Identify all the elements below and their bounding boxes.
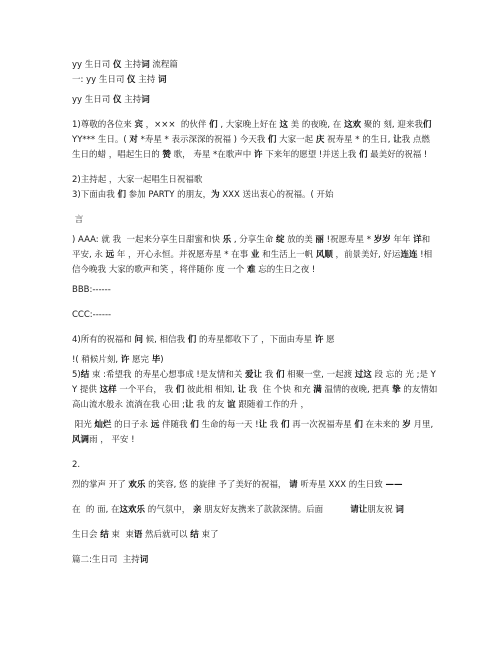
bold-text-run: 连连 — [400, 250, 417, 260]
text-run: , 大家晚上好在 — [218, 120, 280, 130]
text-run: 年 ，开心永恒。并祝愿寿星 * 在事 — [114, 250, 251, 260]
bold-text-run: 词 — [140, 555, 149, 565]
text-run: 束 束 — [109, 530, 134, 540]
bold-text-run: 们 — [281, 420, 290, 430]
bold-text-run: 许 — [254, 150, 263, 160]
text-run: 我 的友 — [194, 400, 228, 410]
text-run: 放的美 — [285, 235, 316, 245]
text-run: BBB:------ — [72, 285, 111, 295]
paragraph-10: CCC:------ — [72, 308, 438, 323]
document-page: yy 生日司 仪 主持词 流程篇一: yy 生日司 仪 主持 词yy 生日司 仪… — [72, 58, 438, 578]
bold-text-run: 过这 — [355, 370, 372, 380]
text-run: XXX 送出衷心的祝福。( 开始 — [220, 190, 334, 200]
text-run: 束 :希望我 的寿星心想事成 !是友情和关 — [89, 370, 245, 380]
paragraph-14: 阳光 灿烂 的日子永 远 伴随我 们 生命的每一天 !让 我 们 再一次祝福寿星… — [72, 418, 438, 448]
text-run: 愿 — [323, 335, 334, 345]
bold-text-run: 结 — [100, 530, 109, 540]
text-run: , 分享生命 — [231, 235, 276, 245]
text-run: 生日会 — [72, 530, 100, 540]
bold-text-run: 毕 — [152, 355, 161, 365]
bold-text-run: 让 — [393, 135, 402, 145]
bold-text-run: 这 — [279, 120, 288, 130]
text-run: 4)所有的祝福和 — [72, 335, 134, 345]
bold-text-run: 这欢 — [344, 120, 361, 130]
bold-text-run: 让 — [185, 400, 194, 410]
text-run: 大家一起 — [276, 135, 315, 145]
text-run: 2. — [72, 460, 80, 470]
bold-text-run: 们 — [209, 120, 218, 130]
paragraph-7: 言 — [72, 213, 438, 228]
text-run: !祝愿寿星 * — [324, 235, 374, 245]
text-run: yy 生日司 — [72, 60, 113, 70]
bold-text-run: 灿烂 — [94, 420, 111, 430]
bold-text-run: 结 — [81, 370, 90, 380]
bold-text-run: 赞 — [162, 150, 171, 160]
text-run: 在 的 面, 在 — [72, 505, 120, 515]
text-run: 在未来的 — [363, 420, 402, 430]
text-run: ) AAA: 就 我 一起来分享生日甜蜜和快 — [72, 235, 223, 245]
text-run: 烈的掌声 开了 — [72, 480, 128, 490]
text-run: 聚的 刻, 迎来我 — [361, 120, 423, 130]
text-run: ，××× 的伙伴 — [143, 120, 209, 130]
bold-text-run: 词 — [395, 505, 404, 515]
text-run: 相聚一堂, 一起渡 — [284, 370, 354, 380]
text-run: 5) — [72, 370, 81, 380]
text-run: 阳光 — [72, 420, 94, 430]
paragraph-5: 2)主持起 ，大家一起唱生日祝福歌 — [72, 173, 438, 188]
text-run: 祝寿星 * 的生日, — [324, 135, 393, 145]
text-run: !( 稍候片刻, — [72, 355, 121, 365]
paragraph-15: 2. — [72, 458, 438, 473]
bold-text-run: 欢乐 — [128, 480, 145, 490]
text-run: 彼此相 相知, — [184, 385, 237, 395]
text-run: 雨 ， 平安 ! — [89, 435, 135, 445]
text-run: 月里, — [411, 420, 436, 430]
paragraph-2: 一: yy 生日司 仪 主持 词 — [72, 73, 438, 88]
text-run: 生命的每一天 ! — [199, 420, 259, 430]
text-run: 1)尊敬的各位来 — [72, 120, 134, 130]
paragraph-17: 在 的 面, 在这欢乐 的气氛中， 亲 朋友好友携来了款款深情。后面 请让朋友祝… — [72, 503, 438, 518]
text-run: 束了 — [199, 530, 219, 540]
text-run: 候, 相信我 — [143, 335, 188, 345]
text-run: 我 — [267, 420, 281, 430]
text-run: CCC:------ — [72, 310, 111, 320]
bold-text-run: 挚 — [392, 385, 401, 395]
bold-text-run: 满 — [313, 385, 322, 395]
text-run: 朋友好友携来了款款深情。后面 — [201, 505, 350, 515]
bold-text-run: 们 — [190, 420, 199, 430]
bold-text-run: 词 — [158, 75, 167, 85]
bold-text-run: 宾 — [134, 120, 143, 130]
text-run: 的气氛中， — [145, 505, 193, 515]
text-run: 的寿星都收下了 ，下面由寿星 — [196, 335, 315, 345]
text-run: 伴随我 — [159, 420, 190, 430]
text-run: 年年 — [391, 235, 413, 245]
bold-text-run: 风顺 — [316, 250, 333, 260]
bold-text-run: 们 — [117, 190, 126, 200]
text-run: 听寿星 XXX 的生日致 — [298, 480, 386, 490]
text-run: ) — [160, 355, 163, 365]
bold-text-run: 这欢乐 — [120, 505, 146, 515]
text-run: 2)主持起 ，大家一起唱生日祝福歌 — [72, 175, 202, 185]
bold-text-run: 远 — [106, 250, 115, 260]
bold-text-run: 丽 — [315, 235, 324, 245]
bold-text-run: 风调 — [72, 435, 89, 445]
text-run: 言 — [72, 215, 83, 225]
text-run: 一个平台， 我 — [117, 385, 176, 395]
bold-text-run: —— — [385, 480, 402, 490]
bold-text-run: 仪 — [127, 75, 136, 85]
bold-text-run: 让 — [259, 420, 268, 430]
paragraph-16: 烈的掌声 开了 欢乐 的笑容, 悠 的旋律 予了美好的祝福， 请 听寿星 XXX… — [72, 478, 438, 493]
bold-text-run: 们 — [359, 150, 368, 160]
bold-text-run: 们 — [188, 335, 197, 345]
bold-text-run: 为 — [211, 190, 220, 200]
text-run: 的日子永 — [111, 420, 150, 430]
bold-text-run: 对 — [129, 135, 138, 145]
paragraph-8: ) AAA: 就 我 一起来分享生日甜蜜和快 乐 , 分享生命 绽 放的美 丽 … — [72, 233, 438, 278]
paragraph-13: 5)结 束 :希望我 的寿星心想事成 !是友情和关 爱让 我 们 相聚一堂, 一… — [72, 368, 438, 413]
bold-text-run: 岁 — [402, 420, 411, 430]
bold-text-run: 这样 — [100, 385, 117, 395]
bold-text-run: 请让 — [350, 505, 367, 515]
bold-text-run: 爱让 — [245, 370, 262, 380]
text-run: 然后就可以 — [142, 530, 190, 540]
text-run: 的笑容, 悠 的旋律 予了美好的祝福， — [145, 480, 289, 490]
text-run: 篇二:生日司 主持 — [72, 555, 140, 565]
paragraph-19: 篇二:生日司 主持词 — [72, 553, 438, 568]
text-run: 参加 PARTY 的朋友， — [126, 190, 211, 200]
paragraph-4: 1)尊敬的各位来 宾 ，××× 的伙伴 们 , 大家晚上好在 这 美 的夜晚, … — [72, 118, 438, 163]
text-run: 美 的夜晚, 在 — [288, 120, 344, 130]
bold-text-run: 谊 — [227, 400, 236, 410]
paragraph-11: 4)所有的祝福和 问 候, 相信我 们 的寿星都收下了 ，下面由寿星 许 愿 — [72, 333, 438, 348]
paragraph-9: BBB:------ — [72, 283, 438, 298]
bold-text-run: 词 — [141, 95, 150, 105]
text-run: yy 生日司 — [72, 95, 113, 105]
text-run: 我 — [262, 370, 276, 380]
bold-text-run: 们 — [176, 385, 185, 395]
bold-text-run: 岁岁 — [374, 235, 391, 245]
text-run: 最美好的祝福 ! — [368, 150, 428, 160]
text-run: 主持 — [121, 60, 141, 70]
text-run: 流程篇 — [150, 60, 178, 70]
text-run: 下来年的愿望 !并送上我 — [263, 150, 360, 160]
text-run: 再一次祝福寿星 — [290, 420, 355, 430]
bold-text-run: 绽 — [276, 235, 285, 245]
text-run: 我 住 个快 和充 — [246, 385, 313, 395]
paragraph-6: 3)下面由我 们 参加 PARTY 的朋友，为 XXX 送出衷心的祝福。( 开始 — [72, 188, 438, 203]
text-run: 温情的夜晚, 把真 — [322, 385, 392, 395]
text-run: ，前景美好, 好运 — [333, 250, 401, 260]
paragraph-3: yy 生日司 仪 主持词 — [72, 93, 438, 108]
text-run: 歌， 寿星 *在歌声中 — [171, 150, 254, 160]
bold-text-run: 问 — [134, 335, 143, 345]
text-run: 主持 — [121, 95, 141, 105]
paragraph-12: !( 稍候片刻, 许 愿完 毕) — [72, 353, 438, 368]
bold-text-run: 让 — [238, 385, 247, 395]
text-run: 一: yy 生日司 — [72, 75, 127, 85]
bold-text-run: 乐 — [223, 235, 232, 245]
text-run: 主持 — [136, 75, 158, 85]
text-run: 忘的生日之夜 ! — [256, 265, 316, 275]
bold-text-run: 结 — [190, 530, 199, 540]
text-run: 愿完 — [129, 355, 151, 365]
text-run: *寿星 * 表示深深的祝福 ) 今天我 — [138, 135, 268, 145]
text-run: 和生活上一帆 — [259, 250, 315, 260]
bold-text-run: 请 — [289, 480, 298, 490]
paragraph-18: 生日会 结 束 束语 然后就可以 结 束了 — [72, 528, 438, 543]
text-run: 朋友祝 — [367, 505, 395, 515]
text-run: 3)下面由我 — [72, 190, 117, 200]
text-run: 跟随着工作的升 ， — [236, 400, 309, 410]
paragraph-1: yy 生日司 仪 主持词 流程篇 — [72, 58, 438, 73]
bold-text-run: 们 — [354, 420, 363, 430]
bold-text-run: 难 — [247, 265, 256, 275]
bold-text-run: 词 — [141, 60, 150, 70]
bold-text-run: 详 — [413, 235, 422, 245]
